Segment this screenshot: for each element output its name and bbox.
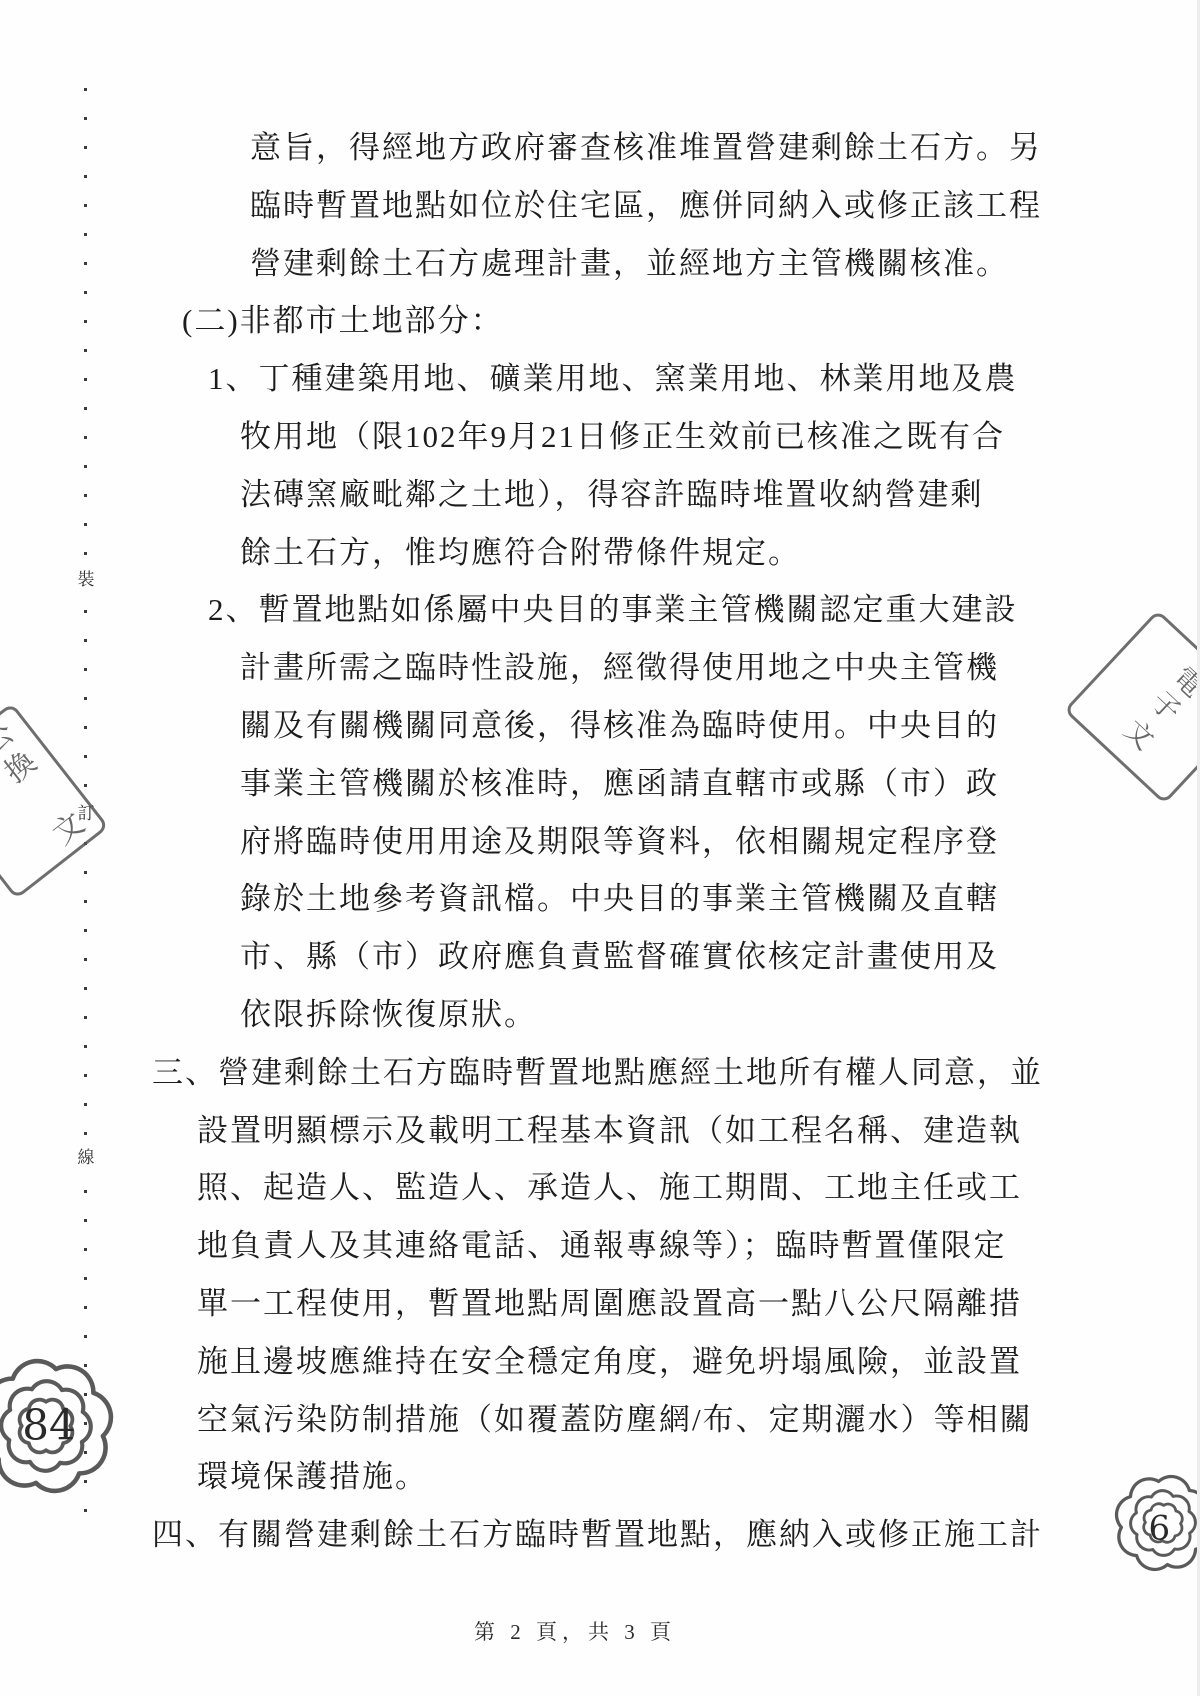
text-line: 牧用地（限102年9月21日修正生效前已核准之既有合 <box>240 408 1005 466</box>
text-line: 錄於土地參考資訊檔。中央目的事業主管機關及直轄 <box>240 870 999 928</box>
text-line: 市、縣（市）政府應負責監督確實依核定計畫使用及 <box>240 928 999 986</box>
text-line: 2、暫置地點如係屬中央目的事業主管機關認定重大建設 <box>208 581 1018 639</box>
text-line: 設置明顯標示及載明工程基本資訊（如工程名稱、建造執 <box>197 1102 1022 1160</box>
text-line: 環境保護措施。 <box>197 1448 428 1506</box>
text-line: 1、丁種建築用地、礦業用地、窯業用地、林業用地及農 <box>208 350 1018 408</box>
stamp-text-column: 電子 <box>1137 655 1200 731</box>
rosette-stamp-right: 6 <box>1103 1463 1200 1584</box>
binding-mark-zhuang: 裝 <box>76 562 96 593</box>
text-line: 臨時暫置地點如位於住宅區，應併同納入或修正該工程 <box>250 177 1042 235</box>
text-line: 空氣污染防制措施（如覆蓋防塵網/布、定期灑水）等相關 <box>197 1391 1033 1449</box>
text-line: 依限拆除恢復原狀。 <box>240 986 537 1044</box>
text-line: 施且邊坡應維持在安全穩定角度，避免坍塌風險，並設置 <box>197 1333 1022 1391</box>
text-line: 四、有關營建剩餘土石方臨時暫置地點，應納入或修正施工計 <box>152 1506 1043 1564</box>
electronic-exchange-stamp: 電子 文 <box>1063 609 1200 804</box>
text-line: (二)非都市土地部分： <box>182 292 504 350</box>
rosette-stamp-left: 84 <box>0 1338 134 1514</box>
text-line: 營建剩餘土石方處理計畫，並經地方主管機關核准。 <box>250 235 1009 293</box>
text-line: 府將臨時使用用途及期限等資料，依相關規定程序登 <box>240 813 999 871</box>
text-line: 單一工程使用，暫置地點周圍應設置高一點八公尺隔離措 <box>197 1275 1022 1333</box>
text-line: 餘土石方，惟均應符合附帶條件規定。 <box>240 524 801 582</box>
text-line: 照、起造人、監造人、承造人、施工期間、工地主任或工 <box>197 1159 1022 1217</box>
rosette-number: 84 <box>22 1401 75 1450</box>
text-line: 地負責人及其連絡電話、通報專線等）；臨時暫置僅限定 <box>197 1217 1007 1275</box>
text-line: 計畫所需之臨時性設施，經徵得使用地之中央主管機 <box>240 639 999 697</box>
text-line: 法磚窯廠毗鄰之土地），得容許臨時堆置收納營建剩 <box>240 466 984 524</box>
page-footer: 第 2 頁，共 3 頁 <box>0 1616 1150 1646</box>
text-line: 三、營建剩餘土石方臨時暫置地點應經土地所有權人同意，並 <box>152 1044 1043 1102</box>
binding-mark-xian: 線 <box>76 1140 96 1171</box>
text-line: 關及有關機關同意後，得核准為臨時使用。中央目的 <box>240 697 999 755</box>
document-page: 裝 訂 線 意旨，得經地方政府審查核准堆置營建剩餘土石方。另臨時暫置地點如位於住… <box>0 0 1200 1696</box>
rosette-number: 6 <box>1148 1508 1170 1548</box>
text-line: 意旨，得經地方政府審查核准堆置營建剩餘土石方。另 <box>250 119 1042 177</box>
text-line: 事業主管機關於核准時，應函請直轄市或縣（市）政 <box>240 755 999 813</box>
